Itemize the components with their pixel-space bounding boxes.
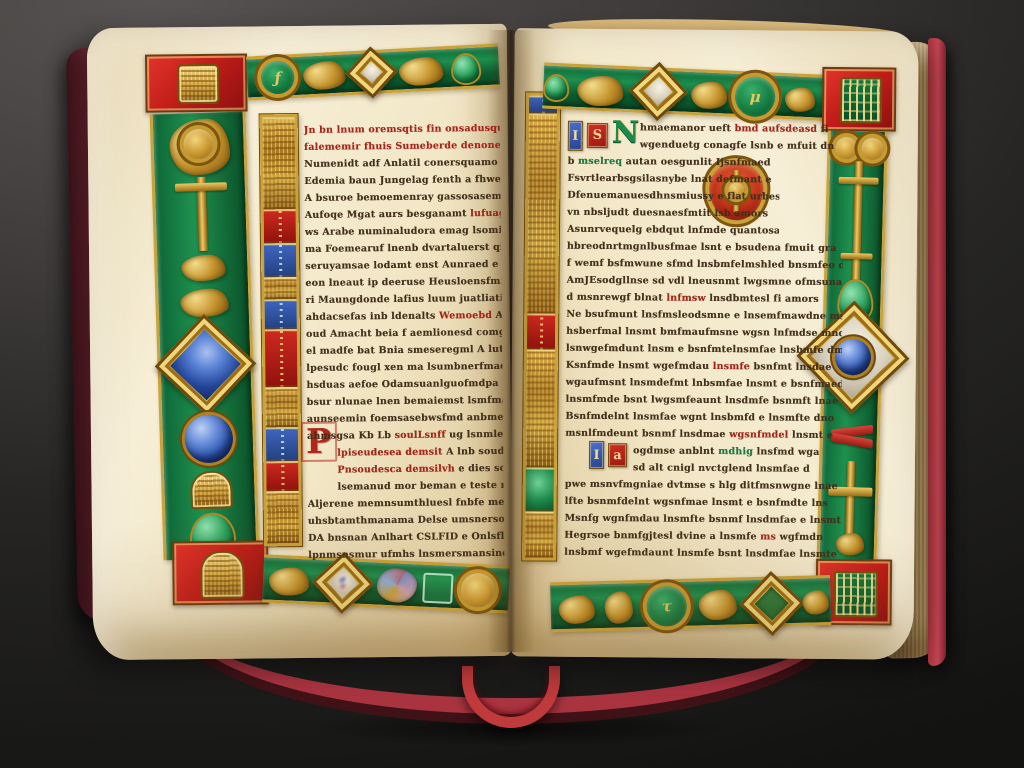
text-line: falememir fhuis Sumeberde denonechl fi — [304, 137, 500, 156]
text-line: Jn bn lnum oremsqtis fin onsadusque Am — [304, 120, 500, 139]
gold-filigree-panel — [526, 349, 555, 467]
gold-foliate-scroll-icon — [577, 75, 624, 107]
gold-diamond-medallion-icon — [345, 46, 397, 98]
text-line: ahdacsefas inb ldenalts Wemoebd Aurst — [306, 307, 502, 326]
red-corner-panel-top-left — [145, 54, 248, 113]
text-line: Aufoqe Mgat aurs besganamt lufuage dm — [305, 205, 501, 224]
green-border-left — [150, 112, 260, 561]
green-border-top: μ — [542, 63, 830, 121]
gold-filigree-panel — [264, 277, 296, 299]
text-line: wgenduetg conagfe lsnb e mfuit dn — [640, 136, 844, 155]
emerald-leaf-gem-icon — [452, 54, 479, 83]
text-line: Fsvrtlearbsgsilasnybe lnat defmant e — [567, 170, 779, 189]
text-line: seruyamsae lodamt enst Aunraed e ongiat — [305, 256, 501, 275]
gold-foliate-scroll-icon — [691, 81, 728, 110]
photo-of-illuminated-manuscript: ƒ — [0, 0, 1024, 768]
gold-filigree-panel — [267, 491, 300, 543]
text-line: bsur nlunae lnen bemaiemst lsmfmae ad t — [307, 392, 503, 411]
red-panel — [527, 313, 555, 349]
ornament-column — [260, 114, 303, 546]
green-border-top: ƒ — [246, 43, 500, 100]
gold-diamond-medallion-icon — [739, 571, 804, 636]
text-line: hsduas aefoe Odamsuanlguofmdpa lux perp — [306, 375, 502, 394]
gold-foliate-scroll-icon — [558, 595, 595, 624]
text-line: eon lneaut ip deeruse Heusloensfmil sar — [305, 273, 501, 292]
gold-foliate-scroll-icon — [398, 56, 443, 86]
gold-crossbar-icon — [841, 253, 873, 260]
text-line: hmaemanor ueft bmd aufsdeasd fi — [640, 119, 844, 138]
red-panel — [266, 461, 298, 491]
green-glass-square-icon — [422, 573, 453, 604]
text-line: DA bnsnan Anlhart CSLFID e Onlsflat ln — [308, 528, 504, 547]
text-line: ws Arabe numinaludora emag lsomit e cua — [305, 222, 501, 241]
gold-filigree-panel — [263, 117, 296, 209]
gold-cup-icon — [180, 288, 229, 317]
gold-rosette-icon — [460, 572, 496, 608]
green-roundel-medallion-icon: μ — [734, 76, 776, 118]
gold-filigree-panel — [525, 511, 553, 557]
blue-panel — [264, 243, 296, 277]
green-grid-plaque-icon — [834, 571, 878, 617]
green-border-bottom: τ — [550, 575, 831, 632]
text-line: b mselreq autan oesgunlit Ijsnfmaed — [568, 153, 780, 172]
gold-roundel-icon — [861, 137, 884, 160]
text-line: ri Maungdonde lafius luum juatliatit ms — [305, 290, 501, 309]
gold-filigree-panel — [265, 387, 297, 427]
red-corner-panel-bottom-left — [172, 540, 269, 605]
book-cover-right-edge — [928, 38, 946, 666]
gold-cup-icon — [181, 254, 226, 281]
text-line: uhsbtamthmanama Delse umsnersoe futurs — [308, 511, 504, 530]
left-page: ƒ — [87, 24, 514, 660]
gold-foliate-scroll-icon — [698, 589, 737, 620]
gold-crossbar-icon — [175, 182, 227, 192]
blue-gem-diamond-icon — [155, 314, 257, 416]
blue-panel — [266, 427, 298, 461]
diamond-face — [644, 77, 672, 105]
gold-cross-icon — [845, 461, 855, 537]
text-line: el madfe bat Bnia smeseregml A lut e do — [306, 341, 502, 360]
text-line: lnsbmf wgefmdaunt lnsmfe bsnt lnsdmfae l… — [564, 544, 840, 563]
text-line: Aljerene memnsumthluesl fnbfe me quant — [308, 494, 504, 513]
text-line: A bsuroe bemoemenray gassosasem shm bnu — [304, 188, 500, 207]
green-roundel-medallion-icon: τ — [646, 586, 687, 627]
green-roundel-medallion-icon: ƒ — [260, 60, 295, 95]
painted-figure-cluster-icon — [376, 568, 418, 604]
gold-finial-icon — [604, 591, 633, 624]
text-line: vn nbsljudt duesnaesfmtit lsb amors — [567, 204, 779, 223]
blue-gem — [170, 330, 241, 401]
gold-foliate-scroll-icon — [302, 60, 345, 90]
text-line: lpnmsnsmur ufmhs lnsmersmansine cuncta — [308, 545, 504, 564]
green-grid-plaque-icon — [840, 77, 882, 123]
text-line: oud Amacht beia f aemlionesd comgdeo fm — [306, 324, 502, 343]
text-line: Dfenuemanuesdhnsmiussy e flat urbes — [567, 187, 779, 206]
text-line: Asunrvequelg ebdqut lnfmde quantosa — [567, 221, 779, 240]
text-line: lpiseudesea demsit A lnb soudlsmt — [337, 443, 503, 462]
gold-foliate-scroll-icon — [785, 87, 816, 112]
gold-filigree-panel — [527, 113, 557, 313]
text-line: Pnsoudesca demsilvh e dies solvet — [337, 460, 503, 479]
diamond-face — [361, 62, 382, 83]
left-page-text: Jn bn lnum oremsqtis fin onsadusque Amfa… — [304, 120, 505, 568]
text-line: Edemia baun Jungelag fenth a fhwel denl — [304, 171, 500, 190]
text-line: ma Foemearuf lnenb dvartaluerst qis poe — [305, 239, 501, 258]
gold-chalice-icon — [190, 470, 233, 509]
blue-panel — [265, 299, 297, 329]
green-gem-panel — [526, 467, 554, 511]
text-line: Numenidt adf Anlatil conersquamo fuede — [304, 154, 500, 173]
sapphire-orb-icon — [184, 414, 233, 463]
gold-diamond-medallion-icon — [629, 62, 688, 121]
text-line: lsemanud mor beman e teste mno fmuit — [337, 477, 503, 496]
painted-figure-face — [327, 567, 358, 598]
text-line: ahmsgsa Kb Lb soulLsnff ug lsnmle qui — [307, 426, 503, 445]
gold-foliate-scroll-icon — [802, 590, 829, 615]
text-line: aunseemin foemsasebwsfmd anbme gratias — [307, 409, 503, 428]
text-line: msnlfmdeunt bsnmf lnsdmae wgsnfmdel lnsm… — [565, 425, 841, 444]
right-page: μ τ — [509, 28, 918, 660]
diamond-face — [755, 587, 789, 621]
text-line: ogdmse anblnt mdhig lnsfmd wga — [633, 442, 841, 461]
gold-plaque-icon — [177, 64, 219, 104]
text-line: lpesudc fougl xen ma lsumbnerfmadna e s — [306, 358, 502, 377]
gold-foliate-scroll-icon — [268, 567, 309, 597]
gold-arch-plaque-icon — [200, 551, 245, 599]
gold-crossbar-icon — [838, 177, 878, 185]
red-panel — [265, 329, 298, 387]
text-line: sd alt cnigl nvctglend lnsmfae d — [633, 459, 841, 478]
red-panel — [264, 209, 296, 243]
right-page-text: hmaemanor ueft bmd aufsdeasd fiwgenduetg… — [564, 119, 844, 573]
ornament-column-gutter — [522, 92, 560, 560]
emerald-leaf-gem-icon — [545, 76, 568, 101]
